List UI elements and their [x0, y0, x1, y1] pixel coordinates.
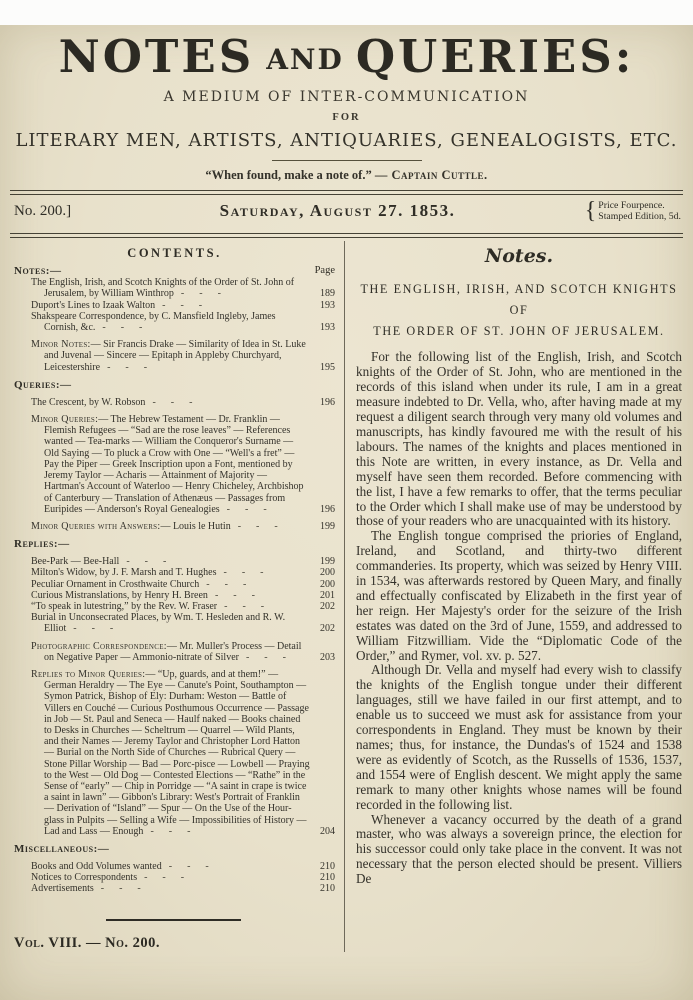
scanned-page: NOTESANDQUERIES: A MEDIUM OF INTER-COMMU…: [0, 0, 693, 1000]
toc-item-text: Shakspeare Correspondence, by C. Mansfie…: [31, 311, 276, 333]
toc-item-page: 199: [320, 521, 335, 532]
toc-item-page: 193: [320, 300, 335, 311]
toc-item: Curious Mistranslations, by Henry H. Bre…: [14, 590, 335, 601]
toc-item-page: 201: [320, 590, 335, 601]
toc-section-label: Miscellaneous:—: [14, 843, 109, 855]
toc-section-replies: Replies:— Bee-Park — Bee-Hall199 Milton'…: [14, 538, 335, 837]
toc-page-column-label: Page: [315, 265, 335, 277]
article-title-line1: THE ENGLISH, IRISH, AND SCOTCH KNIGHTS O…: [356, 279, 682, 320]
page-columns: CONTENTS. Notes:— Page The English, Iris…: [0, 238, 693, 951]
toc-item-text: — Louis le Hutin: [160, 521, 278, 532]
contents-heading: CONTENTS.: [14, 246, 335, 261]
toc-item-text: Advertisements: [31, 883, 142, 894]
motto-attribution: — Captain Cuttle.: [375, 168, 488, 182]
toc-item-lead: Minor Queries:: [31, 414, 98, 425]
issue-bar: No. 200.] Saturday, August 27. 1853. { P…: [0, 195, 693, 226]
article-paragraph: The English tongue comprised the priorie…: [356, 529, 682, 663]
toc-item: The Crescent, by W. Robson196: [14, 397, 335, 408]
toc-item: Bee-Park — Bee-Hall199: [14, 556, 335, 567]
brace-glyph: {: [585, 199, 597, 223]
toc-item-page: 200: [320, 567, 335, 578]
toc-item-text: Burial in Unconsecrated Places, by Wm. T…: [31, 612, 285, 634]
toc-item-page: 199: [320, 556, 335, 567]
toc-item-text: Duport's Lines to Izaak Walton: [31, 300, 203, 311]
issue-number: No. 200.]: [14, 203, 144, 220]
toc-item-text: Peculiar Ornament in Crosthwaite Church: [31, 579, 247, 590]
toc-item-text: The Crescent, by W. Robson: [31, 397, 193, 408]
toc-item: Peculiar Ornament in Crosthwaite Church2…: [14, 579, 335, 590]
toc-item: “To speak in lutestring,” by the Rev. W.…: [14, 601, 335, 612]
article-paragraph: Whenever a vacancy occurred by the death…: [356, 813, 682, 888]
journal-audience-line: LITERARY MEN, ARTISTS, ANTIQUARIES, GENE…: [0, 130, 693, 151]
journal-title-word2: QUERIES:: [356, 30, 635, 83]
toc-item: Replies to Minor Queries:— “Up, guards, …: [14, 669, 335, 837]
price-lines: Price Fourpence. Stamped Edition, 5d.: [598, 200, 681, 224]
article-title-line2: THE ORDER OF ST. JOHN OF JERUSALEM.: [356, 321, 682, 342]
toc-section-label: Notes:—: [14, 265, 61, 277]
toc-item-text: Notices to Correspondents: [31, 872, 185, 883]
toc-item: Milton's Widow, by J. F. Marsh and T. Hu…: [14, 567, 335, 578]
toc-section-label: Queries:—: [14, 379, 72, 391]
toc-section-header: Replies:—: [14, 538, 335, 550]
toc-item: Advertisements210: [14, 883, 335, 894]
toc-item-text: The English, Irish, and Scotch Knights o…: [31, 277, 294, 299]
article-paragraph: Although Dr. Vella and myself had every …: [356, 663, 682, 812]
toc-item-page: 203: [320, 652, 335, 663]
toc-item: Minor Notes:— Sir Francis Drake — Simila…: [14, 339, 335, 373]
short-divider-rule: [272, 160, 422, 161]
journal-for-word: FOR: [0, 112, 693, 123]
journal-title: NOTESANDQUERIES:: [0, 33, 693, 80]
price-line-2: Stamped Edition, 5d.: [598, 211, 681, 223]
toc-item: The English, Irish, and Scotch Knights o…: [14, 277, 335, 299]
toc-item: Photographic Correspondence:— Mr. Muller…: [14, 641, 335, 663]
paper-background: NOTESANDQUERIES: A MEDIUM OF INTER-COMMU…: [0, 25, 693, 1000]
toc-item-text: — “Up, guards, and at them!” — German He…: [44, 669, 310, 837]
article-column: Notes. THE ENGLISH, IRISH, AND SCOTCH KN…: [344, 241, 685, 951]
toc-item-lead: Replies to Minor Queries:: [31, 669, 145, 680]
toc-item-lead: Minor Queries with Answers:: [31, 521, 160, 532]
toc-item-page: 210: [320, 861, 335, 872]
toc-item-text: Curious Mistranslations, by Henry H. Bre…: [31, 590, 256, 601]
contents-column: CONTENTS. Notes:— Page The English, Iris…: [14, 241, 344, 951]
toc-section-label: Replies:—: [14, 538, 70, 550]
toc-item-page: 204: [320, 826, 335, 837]
toc-section-queries: Queries:— The Crescent, by W. Robson196 …: [14, 379, 335, 532]
price-line-1: Price Fourpence.: [598, 200, 681, 212]
toc-item-page: 189: [320, 288, 335, 299]
toc-item-page: 202: [320, 623, 335, 634]
toc-item-page: 193: [320, 322, 335, 333]
motto-quote: “When found, make a note of.”: [205, 168, 371, 182]
masthead: NOTESANDQUERIES: A MEDIUM OF INTER-COMMU…: [0, 25, 693, 183]
toc-section-header: Miscellaneous:—: [14, 843, 335, 855]
toc-item: Duport's Lines to Izaak Walton193: [14, 300, 335, 311]
toc-item-lead: Minor Notes:: [31, 339, 91, 350]
journal-subtitle: A MEDIUM OF INTER-COMMUNICATION: [0, 89, 693, 105]
issue-date: Saturday, August 27. 1853.: [144, 201, 531, 221]
issue-price: { Price Fourpence. Stamped Edition, 5d.: [531, 199, 681, 223]
toc-item-page: 196: [320, 504, 335, 515]
toc-item-text: Books and Odd Volumes wanted: [31, 861, 210, 872]
toc-section-header: Notes:— Page: [14, 265, 335, 277]
toc-section-header: Queries:—: [14, 379, 335, 391]
toc-item-lead: Photographic Correspondence:: [31, 641, 167, 652]
toc-item: Burial in Unconsecrated Places, by Wm. T…: [14, 612, 335, 634]
toc-item-page: 196: [320, 397, 335, 408]
toc-item: Minor Queries with Answers:— Louis le Hu…: [14, 521, 335, 532]
toc-item: Shakspeare Correspondence, by C. Mansfie…: [14, 311, 335, 333]
toc-item-page: 195: [320, 362, 335, 373]
toc-section-notes: Notes:— Page The English, Irish, and Sco…: [14, 265, 335, 373]
toc-item-page: 210: [320, 872, 335, 883]
toc-item-text: Bee-Park — Bee-Hall: [31, 556, 167, 567]
notes-section-heading: Notes.: [356, 245, 682, 267]
toc-item-page: 200: [320, 579, 335, 590]
toc-item-text: “To speak in lutestring,” by the Rev. W.…: [31, 601, 265, 612]
journal-title-word1: NOTES: [59, 30, 255, 83]
toc-item-page: 210: [320, 883, 335, 894]
journal-title-and: AND: [266, 43, 344, 76]
article-paragraph: For the following list of the English, I…: [356, 350, 682, 529]
toc-item-text: — The Hebrew Testament — Dr. Franklin — …: [44, 414, 304, 515]
toc-item-text: Milton's Widow, by J. F. Marsh and T. Hu…: [31, 567, 265, 578]
toc-item: Minor Queries:— The Hebrew Testament — D…: [14, 414, 335, 515]
toc-section-miscellaneous: Miscellaneous:— Books and Odd Volumes wa…: [14, 843, 335, 895]
article-title: THE ENGLISH, IRISH, AND SCOTCH KNIGHTS O…: [356, 279, 682, 341]
volume-divider-rule: [106, 919, 241, 921]
volume-number-line: Vol. VIII. — No. 200.: [14, 935, 335, 952]
journal-motto: “When found, make a note of.” — Captain …: [0, 168, 693, 183]
toc-item-page: 202: [320, 601, 335, 612]
toc-item: Notices to Correspondents210: [14, 872, 335, 883]
toc-item: Books and Odd Volumes wanted210: [14, 861, 335, 872]
